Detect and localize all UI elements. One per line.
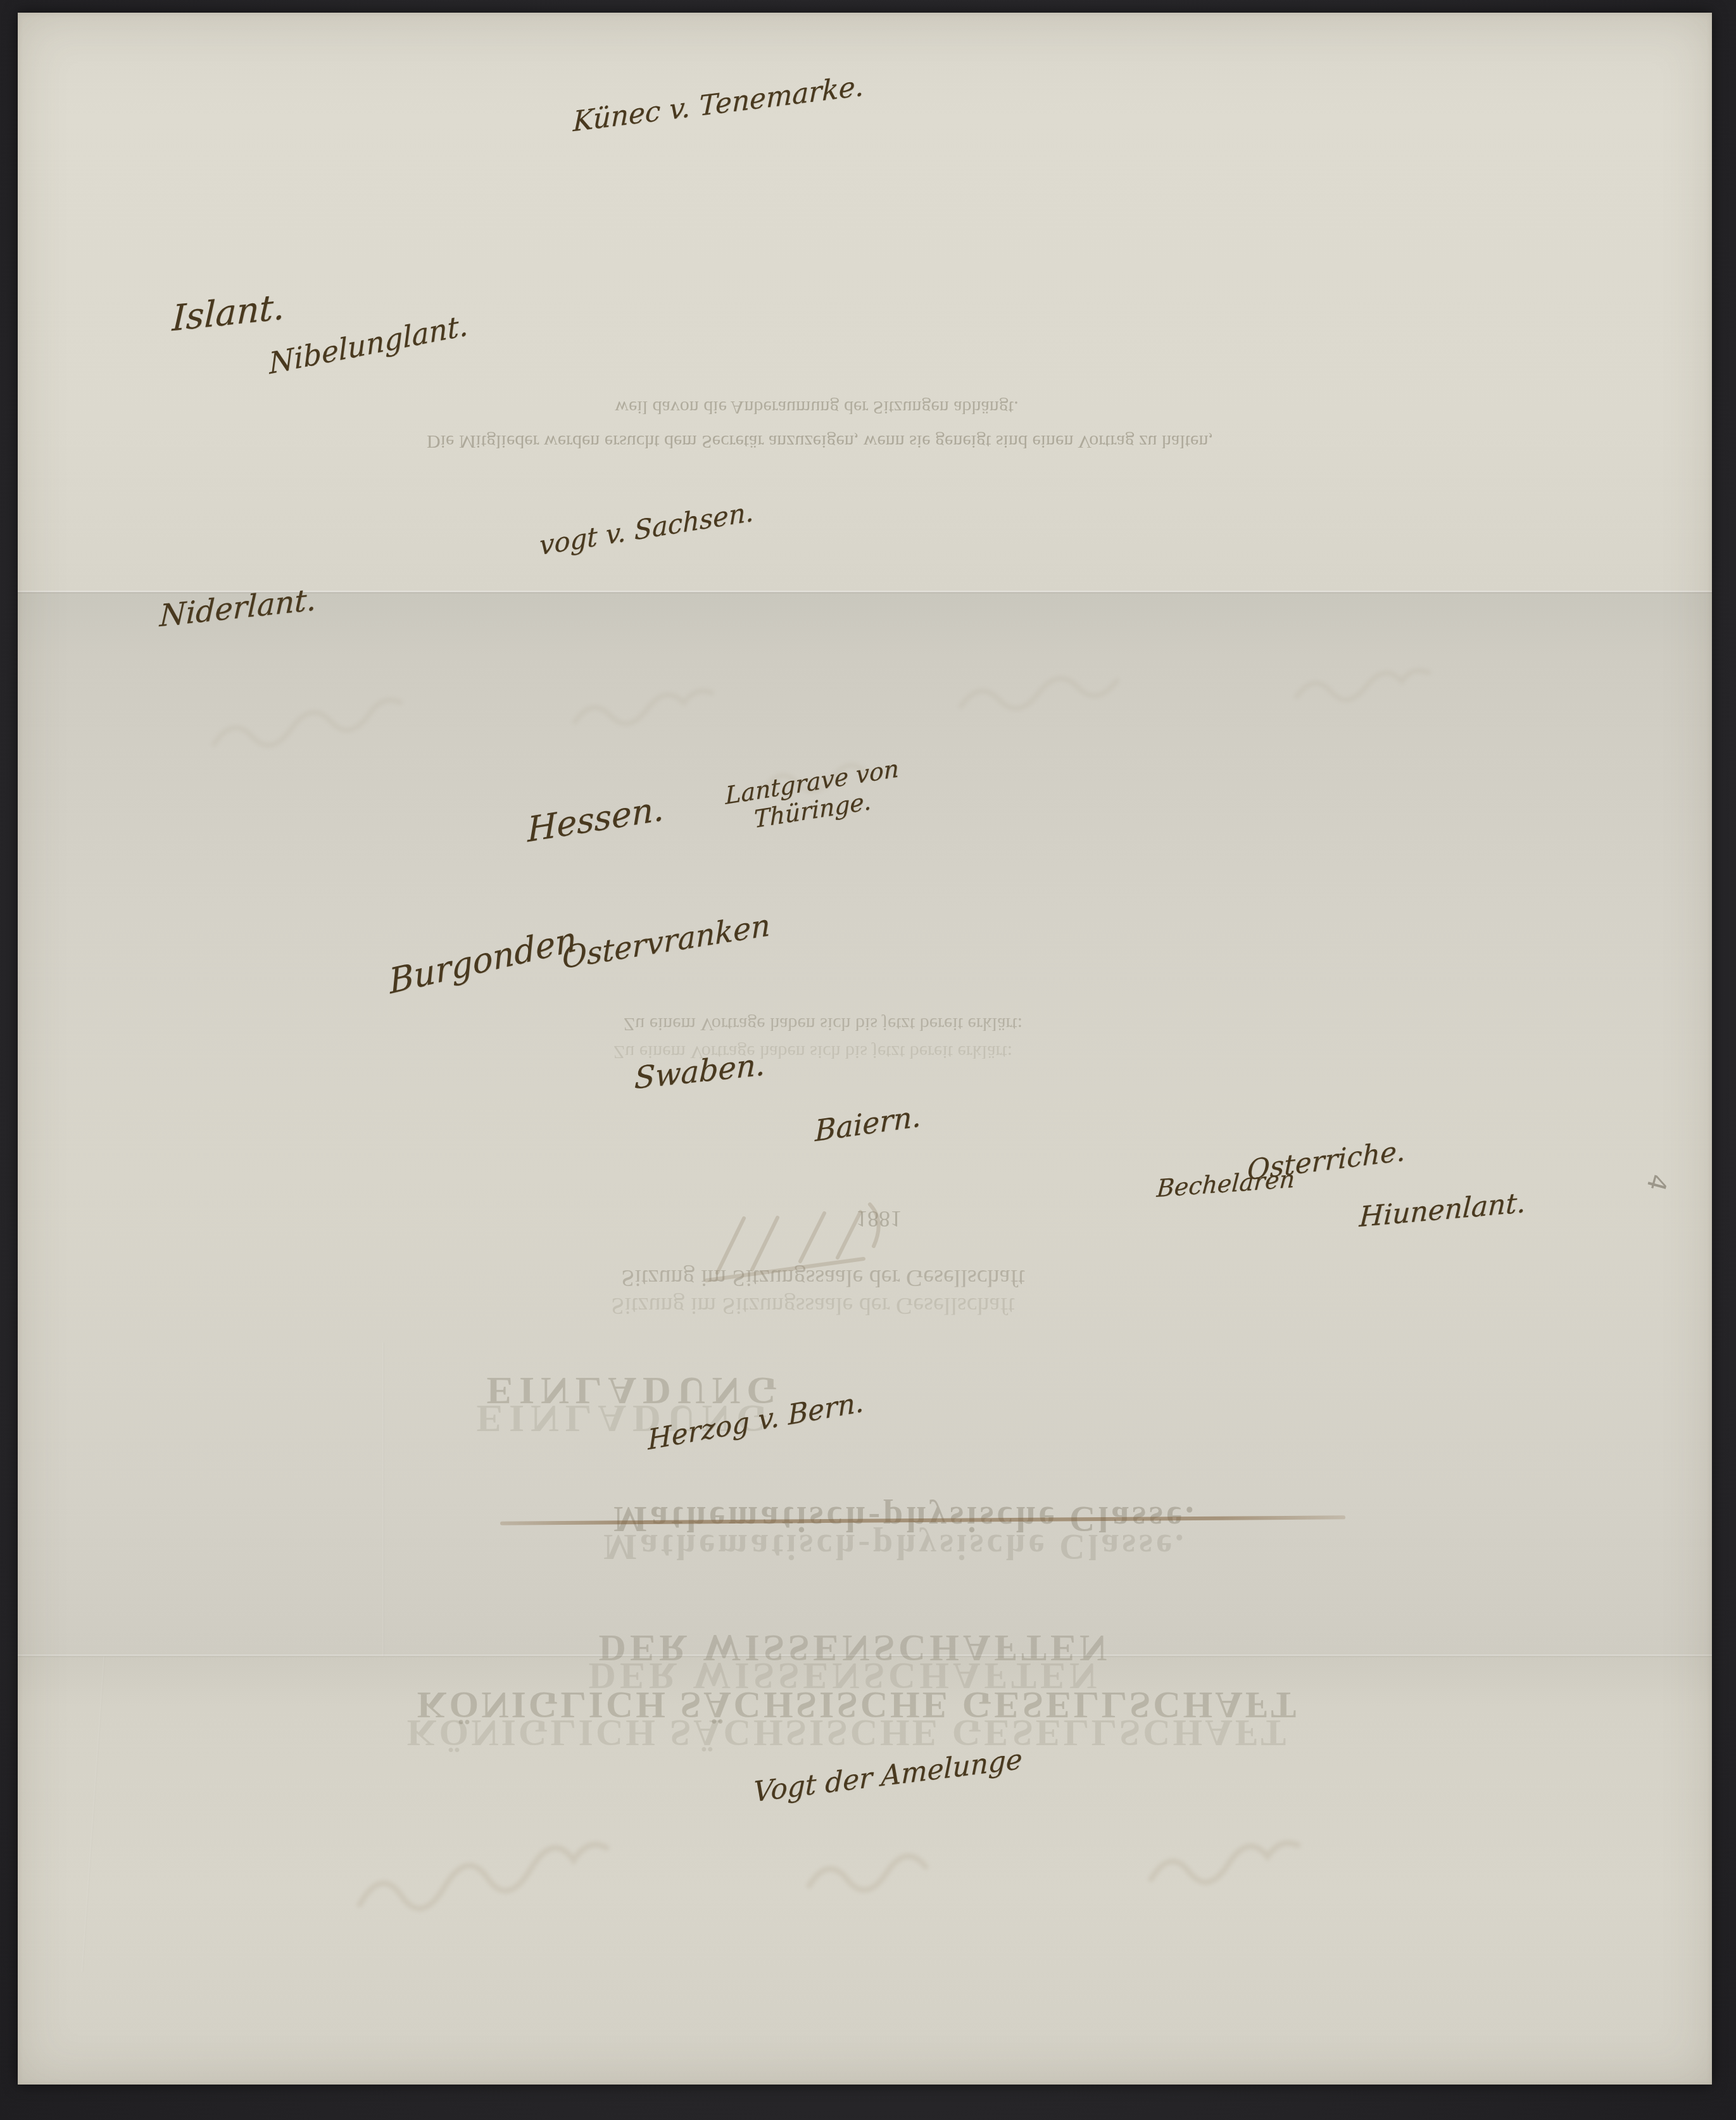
annotation-lantgrave-von-thuringe: Lantgrave von Thüringe. (725, 755, 900, 838)
annotation-vogt-der-amelunge: Vogt der Amelunge (753, 1744, 1022, 1809)
annotation-herzog-v-bern: Herzog v. Bern. (647, 1387, 864, 1457)
annotation-vogt-v-sachsen: vogt v. Sachsen. (539, 496, 754, 561)
scan-background: { "colors": { "background": "#262528", "… (0, 0, 1736, 2120)
annotation-ostervranken: Ostervranken (562, 908, 771, 976)
annotation-kunec-v-tenemarke: Künec v. Tenemarke. (573, 70, 864, 138)
annotation-niderlant: Niderlant. (159, 583, 317, 634)
annotation-osterriche: Osterriche. (1247, 1135, 1406, 1187)
handwriting-layer: Künec v. Tenemarke.Islant.Nibelunglant.v… (18, 13, 1712, 2085)
paper: weil davon die Anberaumung der Sitzungen… (18, 13, 1712, 2085)
annotation-hessen: Hessen. (527, 789, 664, 850)
annotation-islant: Islant. (172, 287, 286, 340)
annotation-baiern: Baiern. (815, 1099, 921, 1148)
annotation-hiunenlant: Hiunenlant. (1359, 1187, 1526, 1234)
annotation-nibelunglant: Nibelunglant. (268, 308, 469, 381)
annotation-swaben: Swaben. (634, 1047, 766, 1096)
annotation-burgonden: Burgonden (387, 919, 578, 1002)
annotation-pencil-mark: 4 (1640, 1171, 1673, 1194)
